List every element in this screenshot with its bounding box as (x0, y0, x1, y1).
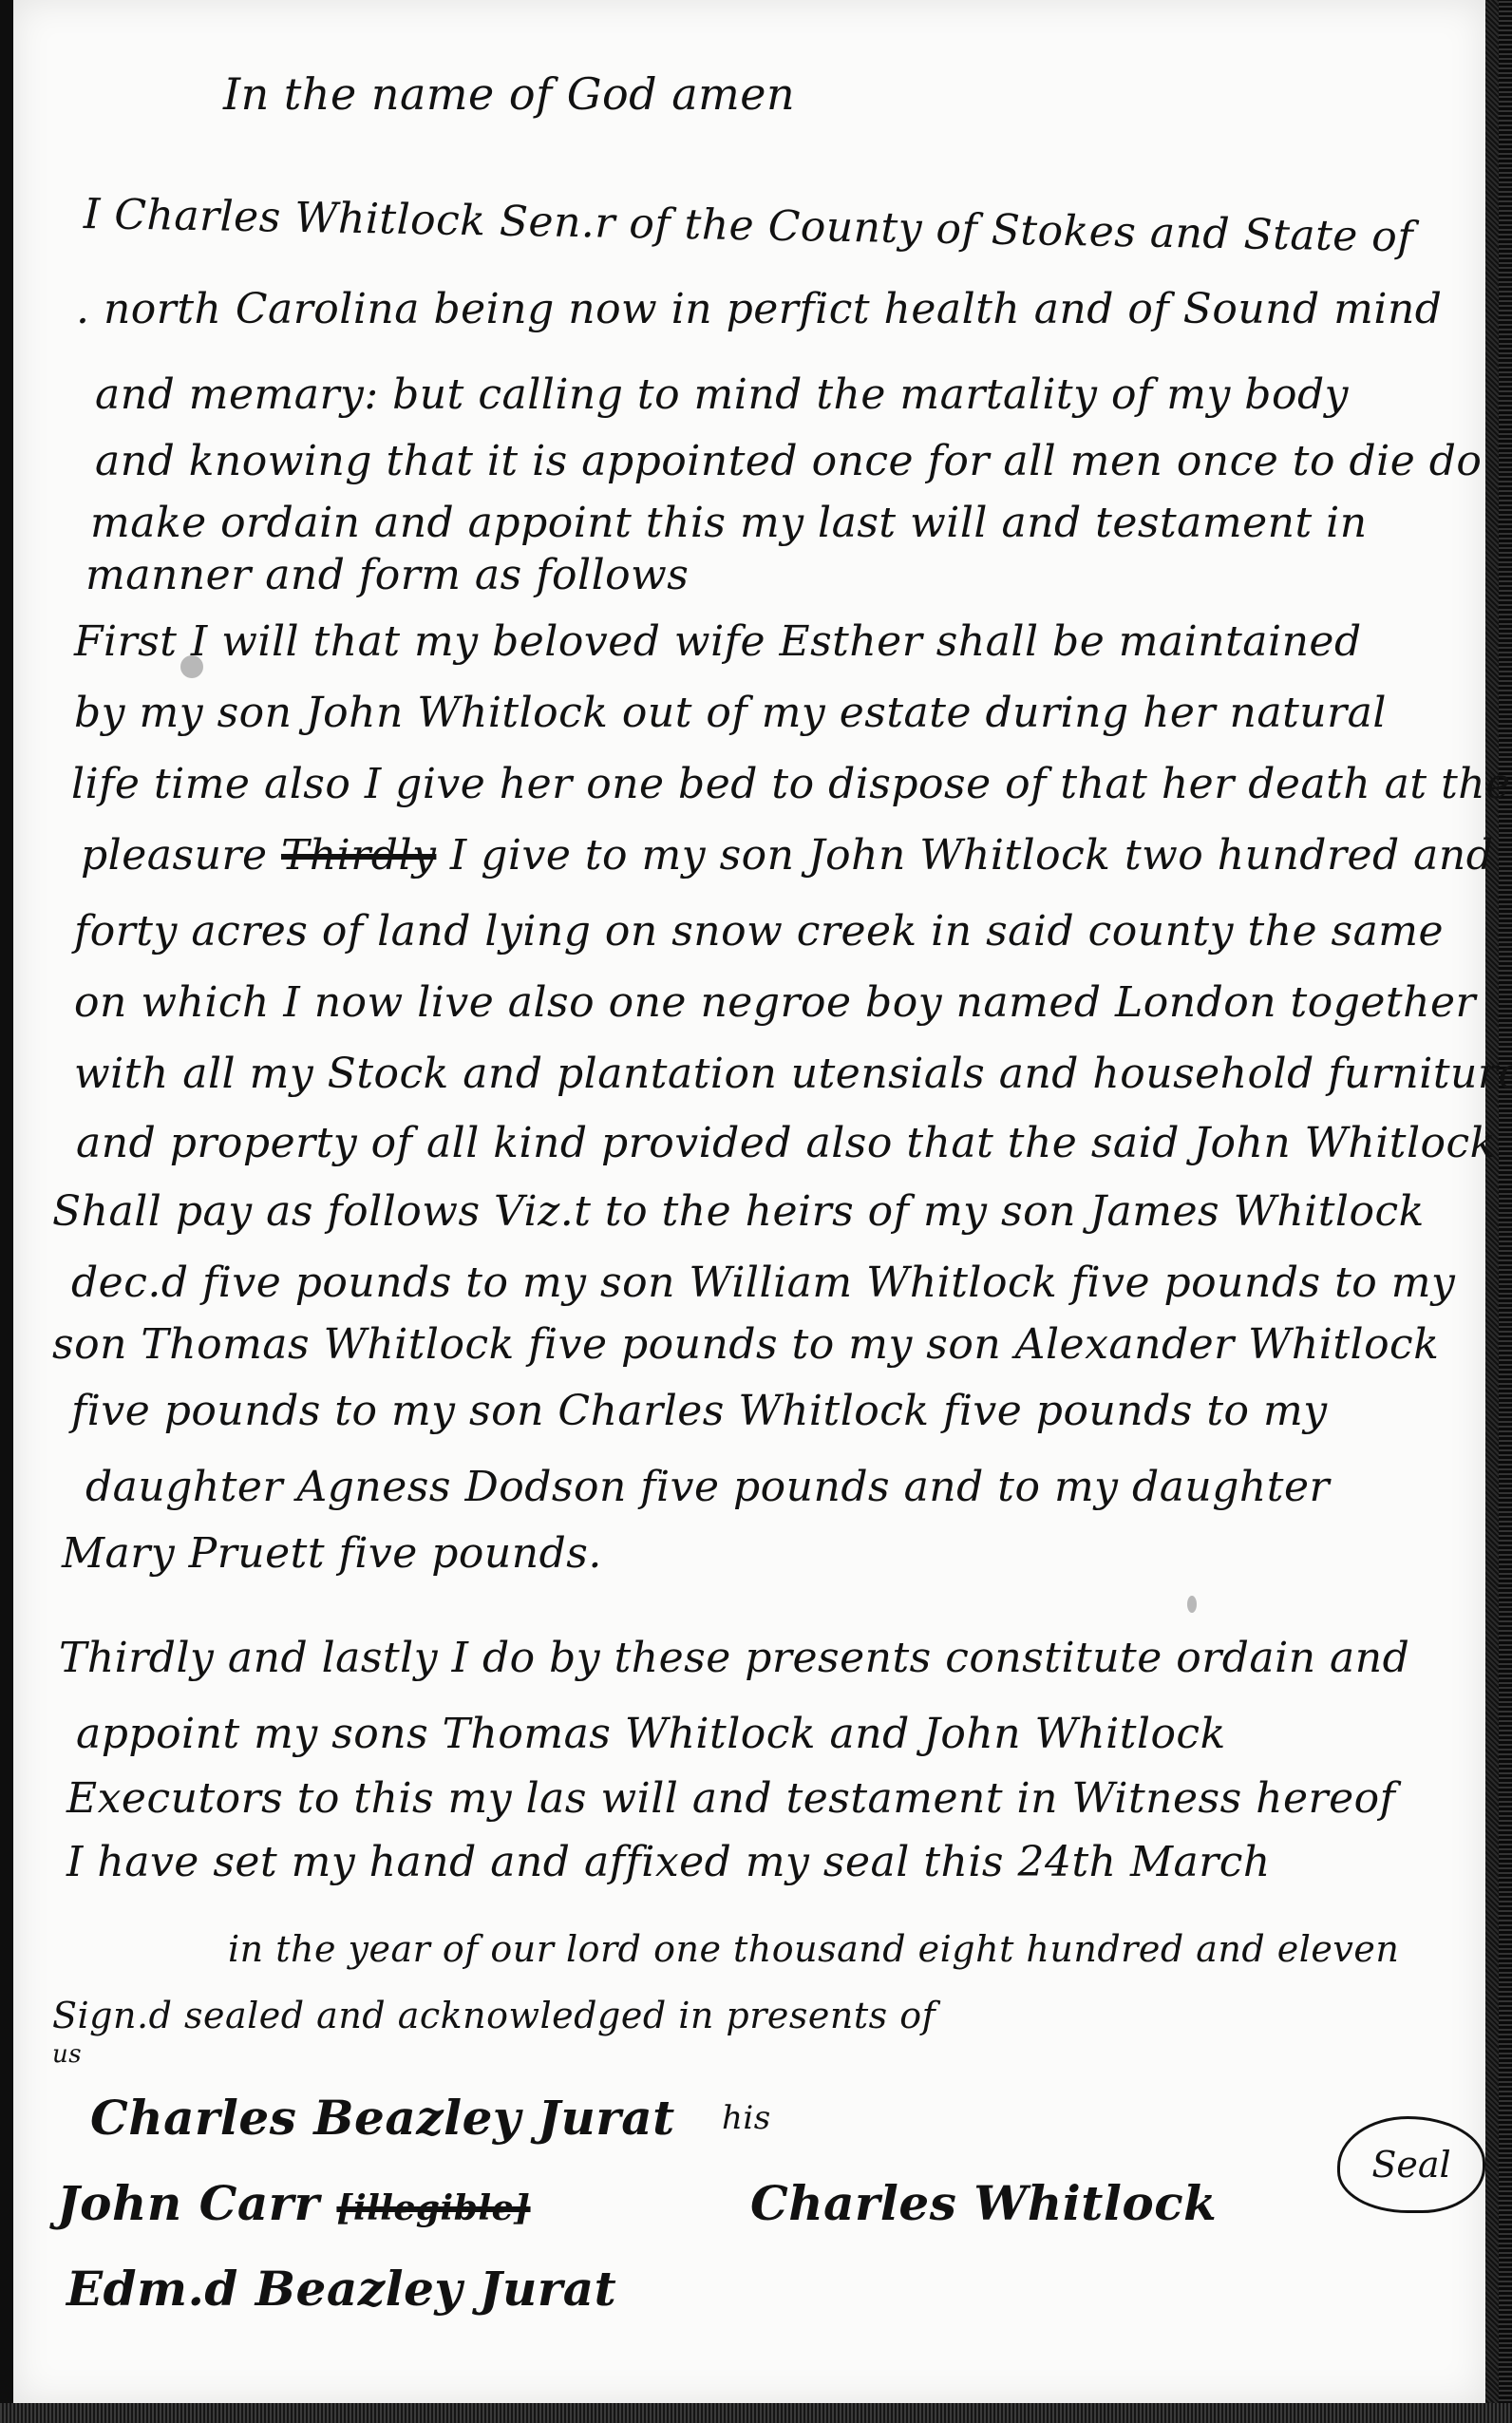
text-line: and knowing that it is appointed once fo… (95, 437, 1482, 485)
text-line: appoint my sons Thomas Whitlock and John… (76, 1710, 1226, 1758)
text-line: Shall pay as follows Viz.t to the heirs … (52, 1187, 1425, 1236)
text-fragment: I give to my son John Whitlock two hundr… (450, 831, 1494, 880)
testator-mark: his (722, 2099, 771, 2137)
text-line: and memary: but calling to mind the mart… (95, 370, 1349, 419)
text-line: . north Carolina being now in perfict he… (76, 285, 1442, 333)
text-fragment: pleasure (81, 831, 268, 880)
attestation-line-us: us (52, 2040, 82, 2069)
text-line: make ordain and appoint this my last wil… (90, 499, 1368, 547)
scan-bottom-border (0, 2403, 1512, 2423)
seal-label: Seal (1371, 2144, 1450, 2186)
text-line: Mary Pruett five pounds. (62, 1529, 602, 1578)
text-line: I have set my hand and affixed my seal t… (66, 1838, 1271, 1886)
witness-name: John Carr (57, 2175, 320, 2231)
text-line: Thirdly and lastly I do by these present… (59, 1634, 1409, 1682)
text-line: First I will that my beloved wife Esther… (74, 617, 1362, 666)
testator-signature: Charles Whitlock (750, 2175, 1217, 2231)
text-line: forty acres of land lying on snow creek … (74, 907, 1444, 956)
text-line: life time also I give her one bed to dis… (71, 760, 1511, 808)
witness-signature: John Carr [illegible] (57, 2175, 531, 2231)
ink-blot (1187, 1596, 1197, 1613)
text-line: five pounds to my son Charles Whitlock f… (71, 1387, 1328, 1435)
text-line: pleasure Thirdly I give to my son John W… (81, 831, 1493, 880)
witness-signature: Charles Beazley Jurat (90, 2090, 675, 2146)
struck-witness-word: [illegible] (336, 2188, 530, 2228)
attestation-line: Sign.d sealed and acknowledged in presen… (52, 1995, 936, 2036)
text-line: manner and form as follows (85, 551, 689, 599)
date-line: in the year of our lord one thousand eig… (228, 1928, 1399, 1970)
text-line: Executors to this my las will and testam… (66, 1774, 1395, 1823)
text-line: daughter Agness Dodson five pounds and t… (85, 1463, 1330, 1511)
text-line: dec.d five pounds to my son William Whit… (71, 1259, 1455, 1307)
text-line: and property of all kind provided also t… (76, 1119, 1496, 1167)
text-line: on which I now live also one negroe boy … (74, 978, 1476, 1027)
invocation-heading: In the name of God amen (223, 68, 795, 120)
text-line: by my son John Whitlock out of my estate… (74, 689, 1387, 737)
seal-mark: Seal (1337, 2116, 1485, 2213)
text-line: son Thomas Whitlock five pounds to my so… (52, 1320, 1439, 1369)
scan-right-border (1499, 0, 1512, 2423)
struck-word: Thirdly (281, 831, 436, 880)
witness-signature: Edm.d Beazley Jurat (66, 2261, 616, 2317)
text-line: with all my Stock and plantation utensia… (74, 1050, 1512, 1098)
